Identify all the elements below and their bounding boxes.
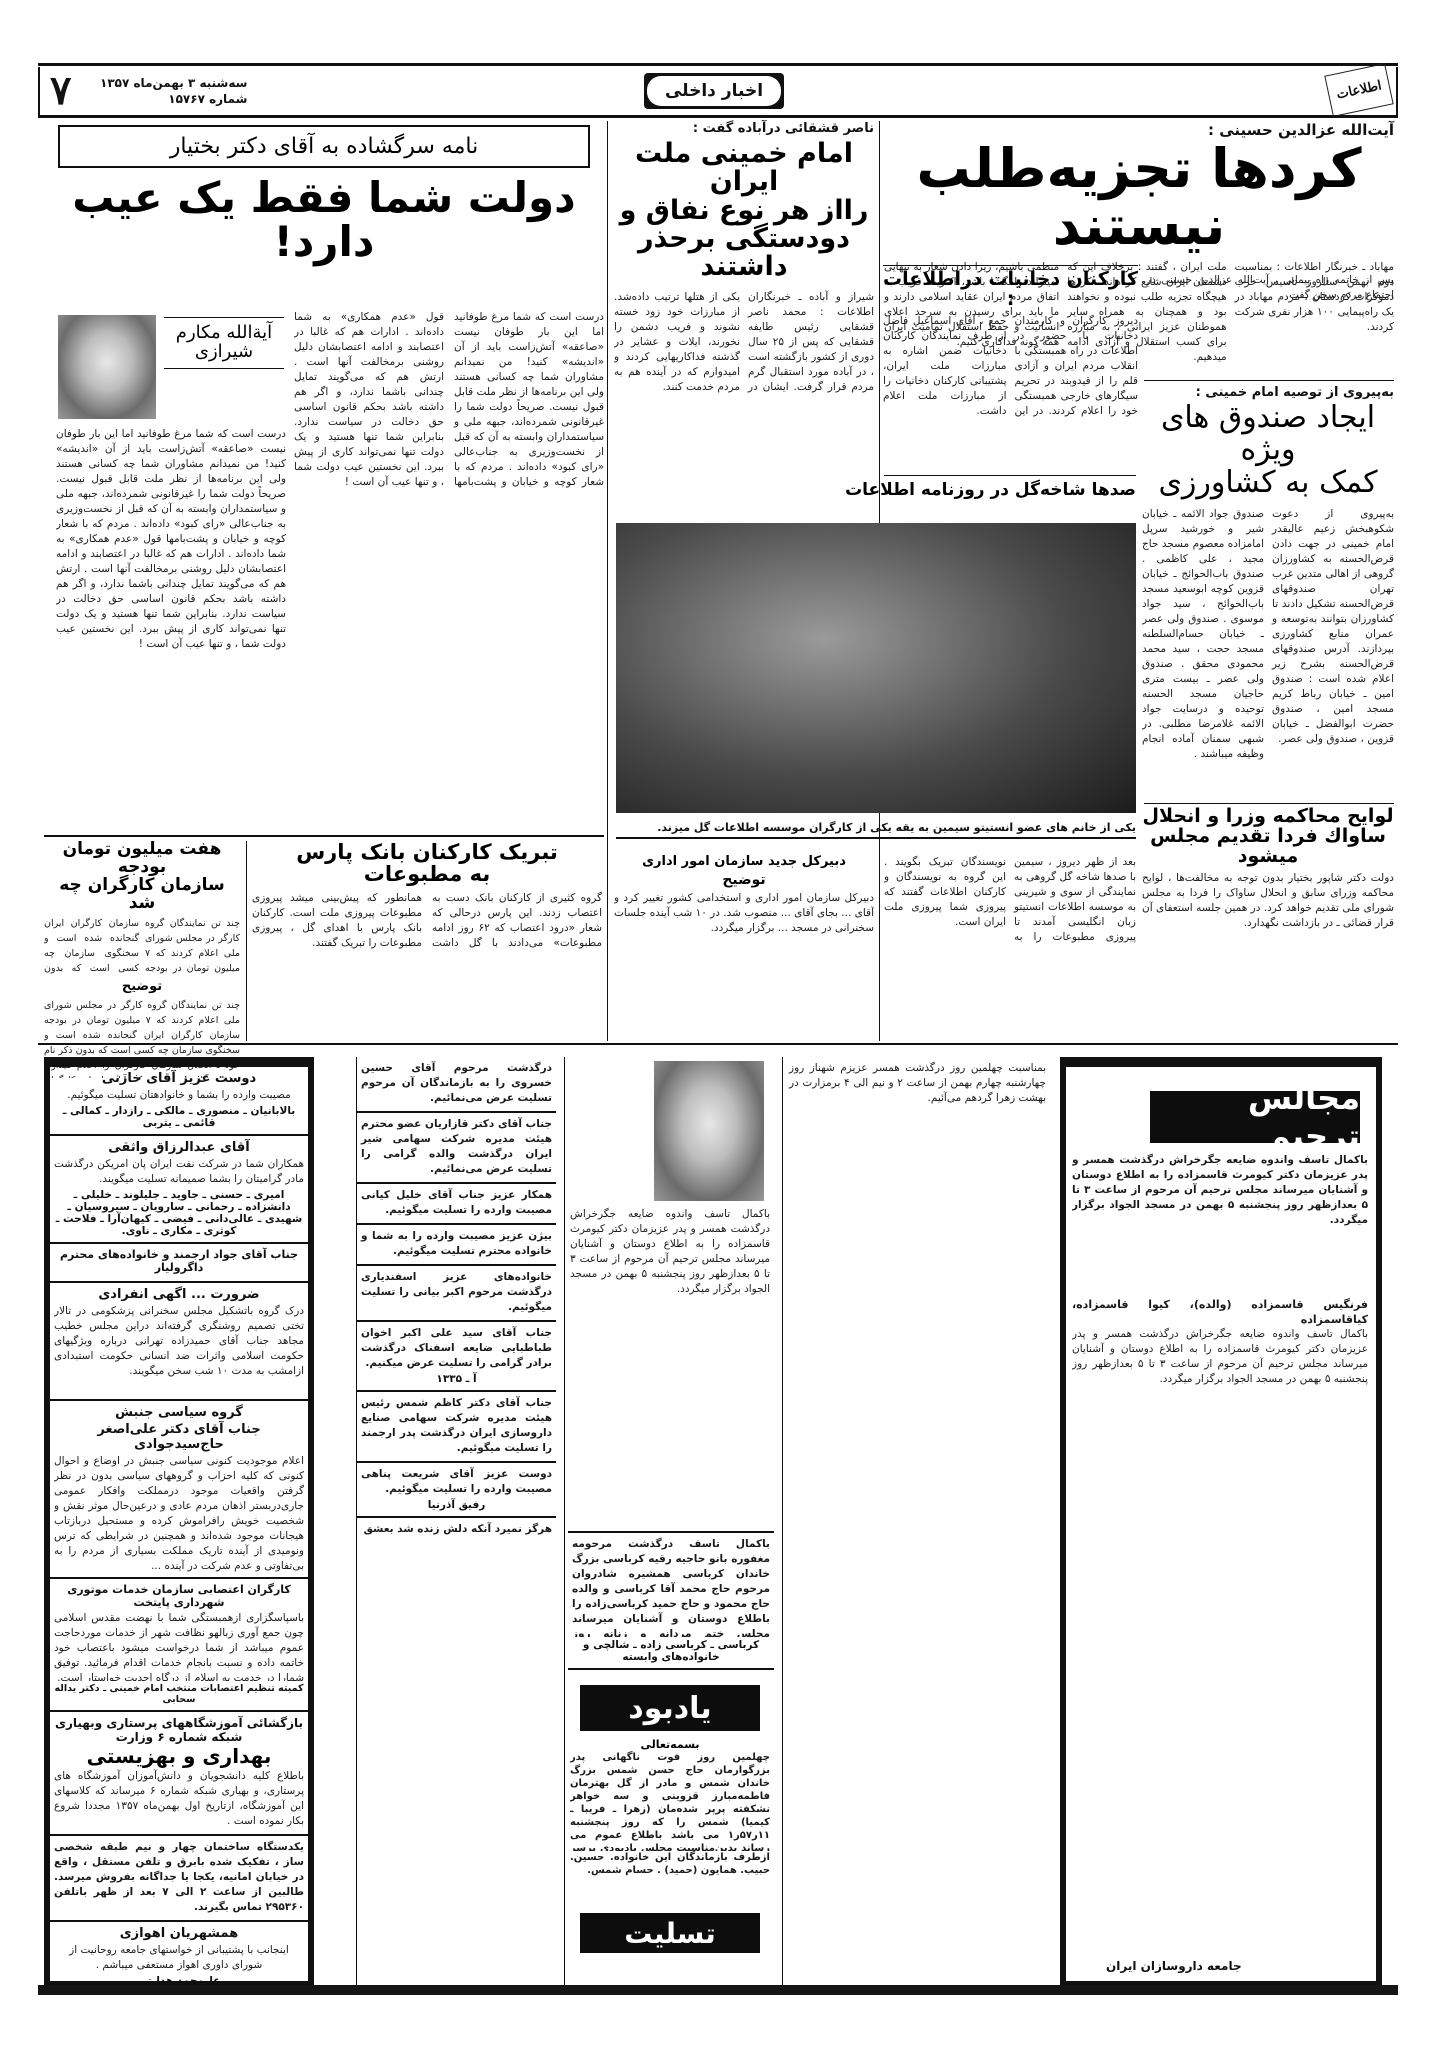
obituary-body-more: باکمال تاسف واندوه ضایعه جگرخراش درگذشت … bbox=[1072, 1327, 1368, 1947]
story-orgs-headline: دبیرکل جدید سازمان امور اداری bbox=[614, 855, 874, 869]
yadbood-heading: بسمه‌تعالی bbox=[570, 1739, 770, 1751]
story-qashqai-headline-2: رااز هر نوع نفاق و bbox=[614, 197, 874, 225]
story-savak: لوایح محاکمه وزرا و انحلال ساواك فردا تق… bbox=[1142, 807, 1394, 1051]
story-flowers-headline: صدها شاخه‌گل در روزنامه اطلاعات bbox=[884, 482, 1136, 500]
yadbood-notice: بسمه‌تعالی چهلمین روز فوت ناگهانی پدر بز… bbox=[570, 1739, 770, 1877]
story-orgs-note-title: توضیح bbox=[614, 873, 874, 888]
yadbood-banner: یادبود bbox=[580, 1685, 760, 1731]
page-number: ۷ bbox=[50, 67, 71, 114]
flowers-photo-caption: یکی از خانم های عضو انستیتو سیمین به یقه… bbox=[616, 821, 1136, 839]
karbasi-signature: کرباسی ـ کرباسی زاده ـ شالچی و خانواده‌ه… bbox=[572, 1639, 770, 1663]
obituary-col-2: بمناسبت چهلمین روز درگذشت همسر عزیزم شهن… bbox=[782, 1057, 1052, 1987]
obituary-col-3: باکمال تاسف واندوه ضایعه جگرخراش درگذشت … bbox=[564, 1057, 774, 1987]
yadbood-body: چهلمین روز فوت ناگهانی پدر بزرگوارمان حا… bbox=[570, 1751, 770, 1851]
mid-notice-4: بیژن عزیز مصیبت وارده را به شما و خانواد… bbox=[357, 1225, 556, 1266]
story-savak-body: دولت دکتر شاپور بختیار بدون توجه به مخال… bbox=[1142, 871, 1394, 1051]
date-line: سه‌شنبه ۳ بهمن‌ماه ۱۳۵۷ bbox=[100, 75, 247, 91]
story-funds-kicker: به‌پیروی از توصیه امام خمینی : bbox=[1142, 385, 1394, 400]
top-rule bbox=[38, 63, 1398, 66]
mid-notice-1: درگذشت مرحوم آقای حسین خسروی را به بازما… bbox=[357, 1057, 556, 1113]
left-notice-5: گروه سیاسی جنبش جناب آقای دکتر علی‌اصغر … bbox=[50, 1401, 308, 1579]
author-portrait bbox=[58, 315, 156, 419]
left-notice-1: دوست عزیز آقای خازنی مصیبت وارده را بشما… bbox=[50, 1067, 308, 1136]
mid-notice-9: هرگز نمیرد آنکه دلش زنده شد بعشق bbox=[357, 1518, 556, 1542]
taslit-banner: تسلیت bbox=[580, 1913, 760, 1953]
bottom-rule bbox=[38, 1985, 1398, 1995]
pharma-society-signature: جامعه داروسازان ایران bbox=[1106, 1959, 1242, 1973]
obituary-frame: مجالس ترحیم باکمال تاسف واندوه ضایعه جگر… bbox=[1060, 1057, 1382, 1987]
left-notice-9: همشهریان اهوازی اینجانب با پشتیبانی از خ… bbox=[50, 1922, 308, 1992]
mid-notices-column: درگذشت مرحوم آقای حسین خسروی را به بازما… bbox=[356, 1057, 556, 1987]
story-bakhtiar-body-right: درست است که شما مرغ طوفانید اما این بار … bbox=[294, 310, 604, 830]
mid-notice-8: دوست عزیز آقای شریعت پناهی مصیبت وارده ر… bbox=[357, 1463, 556, 1518]
flowers-photo bbox=[616, 523, 1136, 813]
story-bakhtiar-headline: دولت شما فقط یک عیب دارد! bbox=[44, 176, 604, 264]
karbasi-notice: باکمال تاسف درگذشت مرحومه مغفوره بانو حا… bbox=[568, 1531, 774, 1670]
story-funds: به‌پیروی از توصیه امام خمینی : ایجاد صند… bbox=[1142, 385, 1394, 837]
story-bakhtiar-box-title: نامه سرگشاده به آقای دکتر بختیار bbox=[58, 125, 590, 168]
story-budget-body: چند تن نمایندگان گروه کارگر در مجلس شورا… bbox=[44, 916, 240, 976]
author-name-2: شیرازی bbox=[164, 343, 284, 362]
left-notice-3: جناب آقای جواد ارجمند و خانواده‌های محتر… bbox=[50, 1244, 308, 1283]
mid-notice-2: جناب آقای دکتر قازاریان عضو محترم هیئت م… bbox=[357, 1113, 556, 1184]
newspaper-logo: اطلاعات bbox=[1324, 63, 1393, 117]
story-funds-headline-1: ایجاد صندوق های ویژه bbox=[1142, 402, 1394, 465]
lower-section-rule bbox=[38, 1043, 1398, 1045]
story-funds-col2: صندوق جواد الائمه ـ خیابان شیر و خورشید … bbox=[1142, 507, 1264, 837]
story-bank-headline-1: تبریک کارکنان بانک پارس bbox=[252, 841, 602, 863]
story-savak-headline-2: ساواك فردا تقدیم مجلس میشود bbox=[1142, 827, 1394, 867]
story-funds-col1: به‌پیروی از دعوت شکوهبخش زعیم عالیقدر ام… bbox=[1272, 507, 1394, 837]
story-funds-headline-2: کمک به کشاورزی bbox=[1142, 467, 1394, 499]
left-notices-frame: دوست عزیز آقای خازنی مصیبت وارده را بشما… bbox=[44, 1057, 314, 1987]
mid-notice-7: جناب آقای دکتر کاظم شمس رئیس هیئت مدیره … bbox=[357, 1392, 556, 1463]
mid-notice-3: همکار عزیز جناب آقای خلیل کیانی مصیبت وا… bbox=[357, 1184, 556, 1225]
issue-number: شماره ۱۵۷۶۷ bbox=[100, 91, 247, 107]
obituary-portrait bbox=[654, 1061, 764, 1201]
section-title: اخبار داخلی bbox=[647, 76, 781, 106]
mid-notice-5: خانواده‌های عزیز اسفندیاری درگذشت مرحوم … bbox=[357, 1266, 556, 1322]
story-qashqai-kicker: ناصر قشقائی درآباده گفت : bbox=[614, 121, 874, 136]
story-kurds-continued: پس از خاتمه راه پیمایی ، آیت‌الله عزالدی… bbox=[1146, 273, 1394, 373]
obituary-signatories: فرنگیس قاسمزاده (والده)، کیوا قاسمزاده، … bbox=[1072, 1297, 1368, 1327]
story-savak-headline-1: لوایح محاکمه وزرا و انحلال bbox=[1142, 807, 1394, 827]
obituary-main-notice: باکمال تاسف واندوه ضایعه جگرخراش درگذشت … bbox=[1072, 1153, 1368, 1303]
left-notice-6: کارگران اعتصابی سازمان خدمات موتوری شهرد… bbox=[50, 1579, 308, 1712]
story-qashqai-headline-3: دودستگی برحذر داشتند bbox=[614, 225, 874, 282]
story-flowers: صدها شاخه‌گل در روزنامه اطلاعات bbox=[884, 475, 1136, 508]
story-bakhtiar-body-left: درست است که شما مرغ طوفانید اما این بار … bbox=[56, 427, 286, 827]
date-block: سه‌شنبه ۳ بهمن‌ماه ۱۳۵۷ شماره ۱۵۷۶۷ bbox=[100, 75, 247, 107]
story-kurds-headline: کردها تجزیه‌طلب نیستند bbox=[884, 141, 1394, 254]
yadbood-signature: ازطرف بازماندگان این خانواده. حسین. حبیب… bbox=[570, 1851, 770, 1877]
obituary-col-2-body: بمناسبت چهلمین روز درگذشت همسر عزیزم شهن… bbox=[783, 1057, 1052, 1977]
story-qashqai-headline-1: امام خمینی ملت ایران bbox=[614, 140, 874, 197]
obituary-col-3-body: باکمال تاسف واندوه ضایعه جگرخراش درگذشت … bbox=[570, 1207, 770, 1527]
left-notice-4: ضرورت ... اگهی انفرادی درک گروه باتشکیل … bbox=[50, 1283, 308, 1401]
mid-notice-6: جناب آقای سید علی اکبر اخوان طباطبایی ضا… bbox=[357, 1322, 556, 1392]
story-budget-headline-2: سازمان کارگران چه شد bbox=[44, 877, 240, 913]
story-orgs: دبیرکل جدید سازمان امور اداری توضیح دبیر… bbox=[614, 855, 874, 1031]
author-name-box: آیة‌الله مکارم شیرازی bbox=[164, 317, 284, 369]
section-title-box: اخبار داخلی bbox=[644, 73, 784, 109]
newspaper-page: اطلاعات اخبار داخلی سه‌شنبه ۳ بهمن‌ماه ۱… bbox=[38, 55, 1398, 2030]
story-bank-headline-2: به مطبوعات bbox=[252, 863, 602, 885]
story-flowers-body: بعد از ظهر دیروز ، سیمین با صدها شاخه گل… bbox=[884, 855, 1136, 1035]
masthead-bottom-rule bbox=[38, 115, 1398, 118]
story-orgs-body: دبیرکل سازمان امور اداری و استخدامی کشور… bbox=[614, 891, 874, 1031]
story-tobacco-body: دیروز کارگران و کارمندان دخانیات با حضور… bbox=[883, 314, 1138, 426]
left-notice-8: یکدستگاه ساختمان چهار و نیم طبقه شخصی سا… bbox=[50, 1836, 308, 1922]
story-tobacco-headline: کارکنان دخانیات دراطلاعات : bbox=[883, 270, 1138, 310]
story-bank-body: گروه کثیری از کارکنان بانک دست به اعتصاب… bbox=[252, 891, 602, 1029]
story-bakhtiar: نامه سرگشاده به آقای دکتر بختیار دولت شم… bbox=[44, 125, 604, 270]
story-bank: تبریک کارکنان بانک پارس به مطبوعات گروه … bbox=[252, 841, 602, 1029]
karbasi-body: باکمال تاسف درگذشت مرحومه مغفوره بانو حا… bbox=[572, 1537, 770, 1637]
story-budget-headline-1: هفت میلیون تومان بودجه bbox=[44, 841, 240, 877]
obituary-banner: مجالس ترحیم bbox=[1150, 1091, 1360, 1143]
story-budget-note-title: توضیح bbox=[44, 980, 240, 994]
left-notice-2: آقای عبدالرزاق واثقی همکاران شما در شرکت… bbox=[50, 1136, 308, 1244]
left-notice-7: بازگشائی آموزشگاههای پرستاری وبهیاری شبک… bbox=[50, 1712, 308, 1836]
masthead: اطلاعات اخبار داخلی سه‌شنبه ۳ بهمن‌ماه ۱… bbox=[38, 67, 1398, 115]
story-tobacco: کارکنان دخانیات دراطلاعات : دیروز کارگرا… bbox=[883, 265, 1138, 426]
